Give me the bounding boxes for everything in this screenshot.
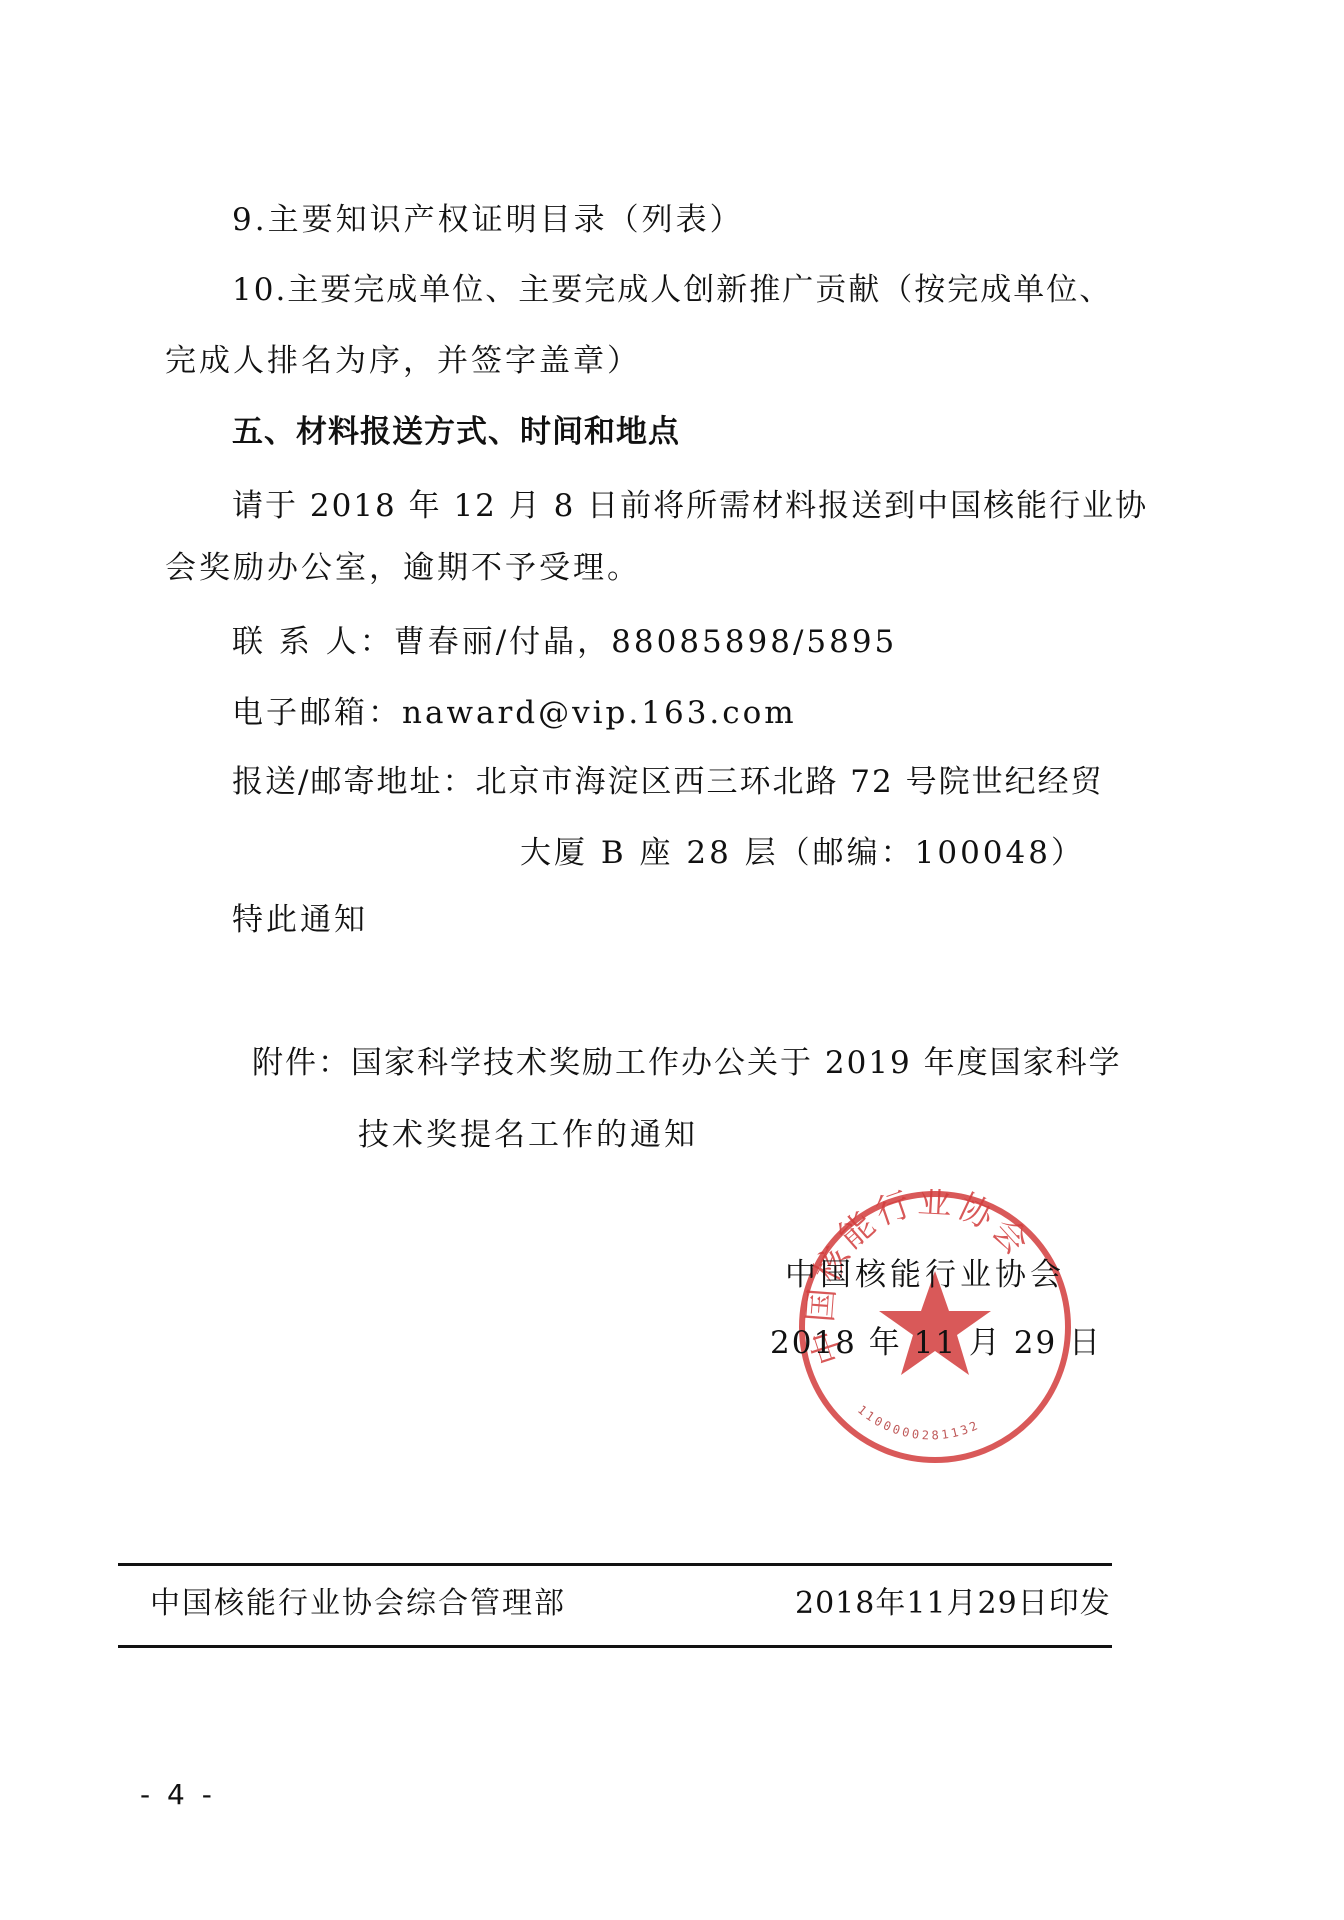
footer-top-rule <box>118 1563 1112 1566</box>
attachment-line-2: 技术奖提名工作的通知 <box>358 1115 698 1155</box>
address-label: 报送/邮寄地址： <box>232 764 475 800</box>
address-value-line-1: 北京市海淀区西三环北路 72 号院世纪经贸 <box>475 764 1103 800</box>
email-line: 电子邮箱：naward@vip.163.com <box>232 693 797 733</box>
contact-line: 联 系 人：曹春丽/付晶，88085898/5895 <box>232 622 897 662</box>
contact-value: 曹春丽/付晶，88085898/5895 <box>394 624 898 660</box>
address-line-1: 报送/邮寄地址：北京市海淀区西三环北路 72 号院世纪经贸 <box>232 762 1104 802</box>
address-line-2: 大厦 B 座 28 层（邮编：100048） <box>520 833 1085 873</box>
page-number: - 4 - <box>140 1779 216 1811</box>
attachment-line-1: 附件：国家科学技术奖励工作办公关于 2019 年度国家科学 <box>252 1043 1122 1083</box>
item-9: 9.主要知识产权证明目录（列表） <box>232 200 744 240</box>
submit-instructions-line-1: 请于 2018 年 12 月 8 日前将所需材料报送到中国核能行业协 <box>232 486 1148 526</box>
attachment-title-line-1: 国家科学技术奖励工作办公关于 2019 年度国家科学 <box>351 1045 1122 1081</box>
submit-instructions-line-2: 会奖励办公室，逾期不予受理。 <box>165 548 641 588</box>
section-5-heading: 五、材料报送方式、时间和地点 <box>232 412 680 452</box>
email-label: 电子邮箱： <box>232 695 402 731</box>
contact-label: 联 系 人： <box>232 624 394 660</box>
item-10-line-1: 10.主要完成单位、主要完成人创新推广贡献（按完成单位、 <box>232 270 1112 310</box>
svg-text:1100000281132: 1100000281132 <box>855 1403 982 1443</box>
attachment-label: 附件： <box>252 1045 351 1081</box>
item-10-line-2: 完成人排名为序，并签字盖章） <box>165 341 641 381</box>
email-value: naward@vip.163.com <box>402 695 797 731</box>
signature-org: 中国核能行业协会 <box>785 1255 1065 1295</box>
closing-text: 特此通知 <box>232 900 368 940</box>
signature-date: 2018 年 11 月 29 日 <box>770 1323 1102 1363</box>
footer-issuer: 中国核能行业协会综合管理部 <box>150 1584 566 1624</box>
stamp-serial: 1100000281132 <box>855 1403 982 1443</box>
footer-bottom-rule <box>118 1645 1112 1648</box>
footer-issued-date: 2018年11月29日印发 <box>795 1584 1111 1624</box>
